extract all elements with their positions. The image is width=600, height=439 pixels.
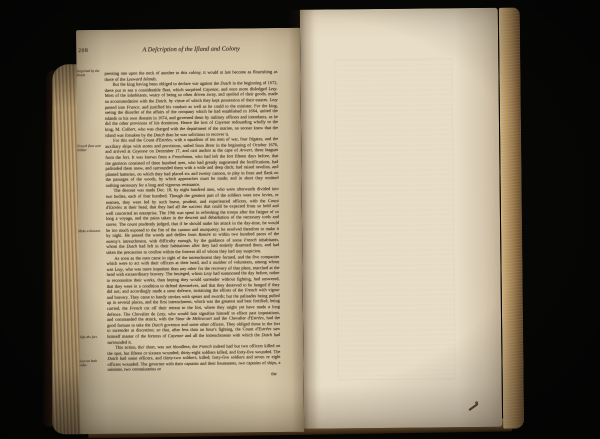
margin-note: Lost on both sides. (79, 359, 105, 367)
margin-notes: Surprized by the Dutch.French fleet sent… (76, 30, 106, 434)
left-page: 208 A Deſcription of the Iſland and Colo… (76, 28, 304, 434)
show-through (334, 58, 455, 380)
paragraph: But the king having been obliged to decl… (105, 80, 279, 138)
paragraph: This action, tho' short, was not bloodle… (107, 343, 280, 373)
running-title: A Deſcription of the Iſland and Colony (104, 45, 278, 54)
body-text: pressing one upon the neck of another to… (104, 69, 280, 379)
right-page-blank (300, 8, 502, 429)
margin-note: Make a descent. (78, 229, 104, 233)
paper-blemish (468, 403, 478, 411)
right-page-edges (499, 7, 524, 428)
paragraph: As soon as the men came in sight of the … (106, 254, 280, 345)
photo-background: 208 A Deſcription of the Iſland and Colo… (0, 0, 600, 439)
margin-note: Take the fort. (79, 335, 105, 339)
open-book: 208 A Deſcription of the Iſland and Colo… (38, 3, 526, 438)
paragraph: The descent was made Dec. 18, by eight h… (106, 187, 280, 256)
paragraph-container: pressing one upon the neck of another to… (104, 69, 280, 373)
margin-note: Surprized by the Dutch. (76, 69, 102, 77)
paragraph: For this end the Count d'Estrées, with a… (105, 136, 279, 188)
margin-note: French fleet sent thither. (77, 144, 103, 152)
